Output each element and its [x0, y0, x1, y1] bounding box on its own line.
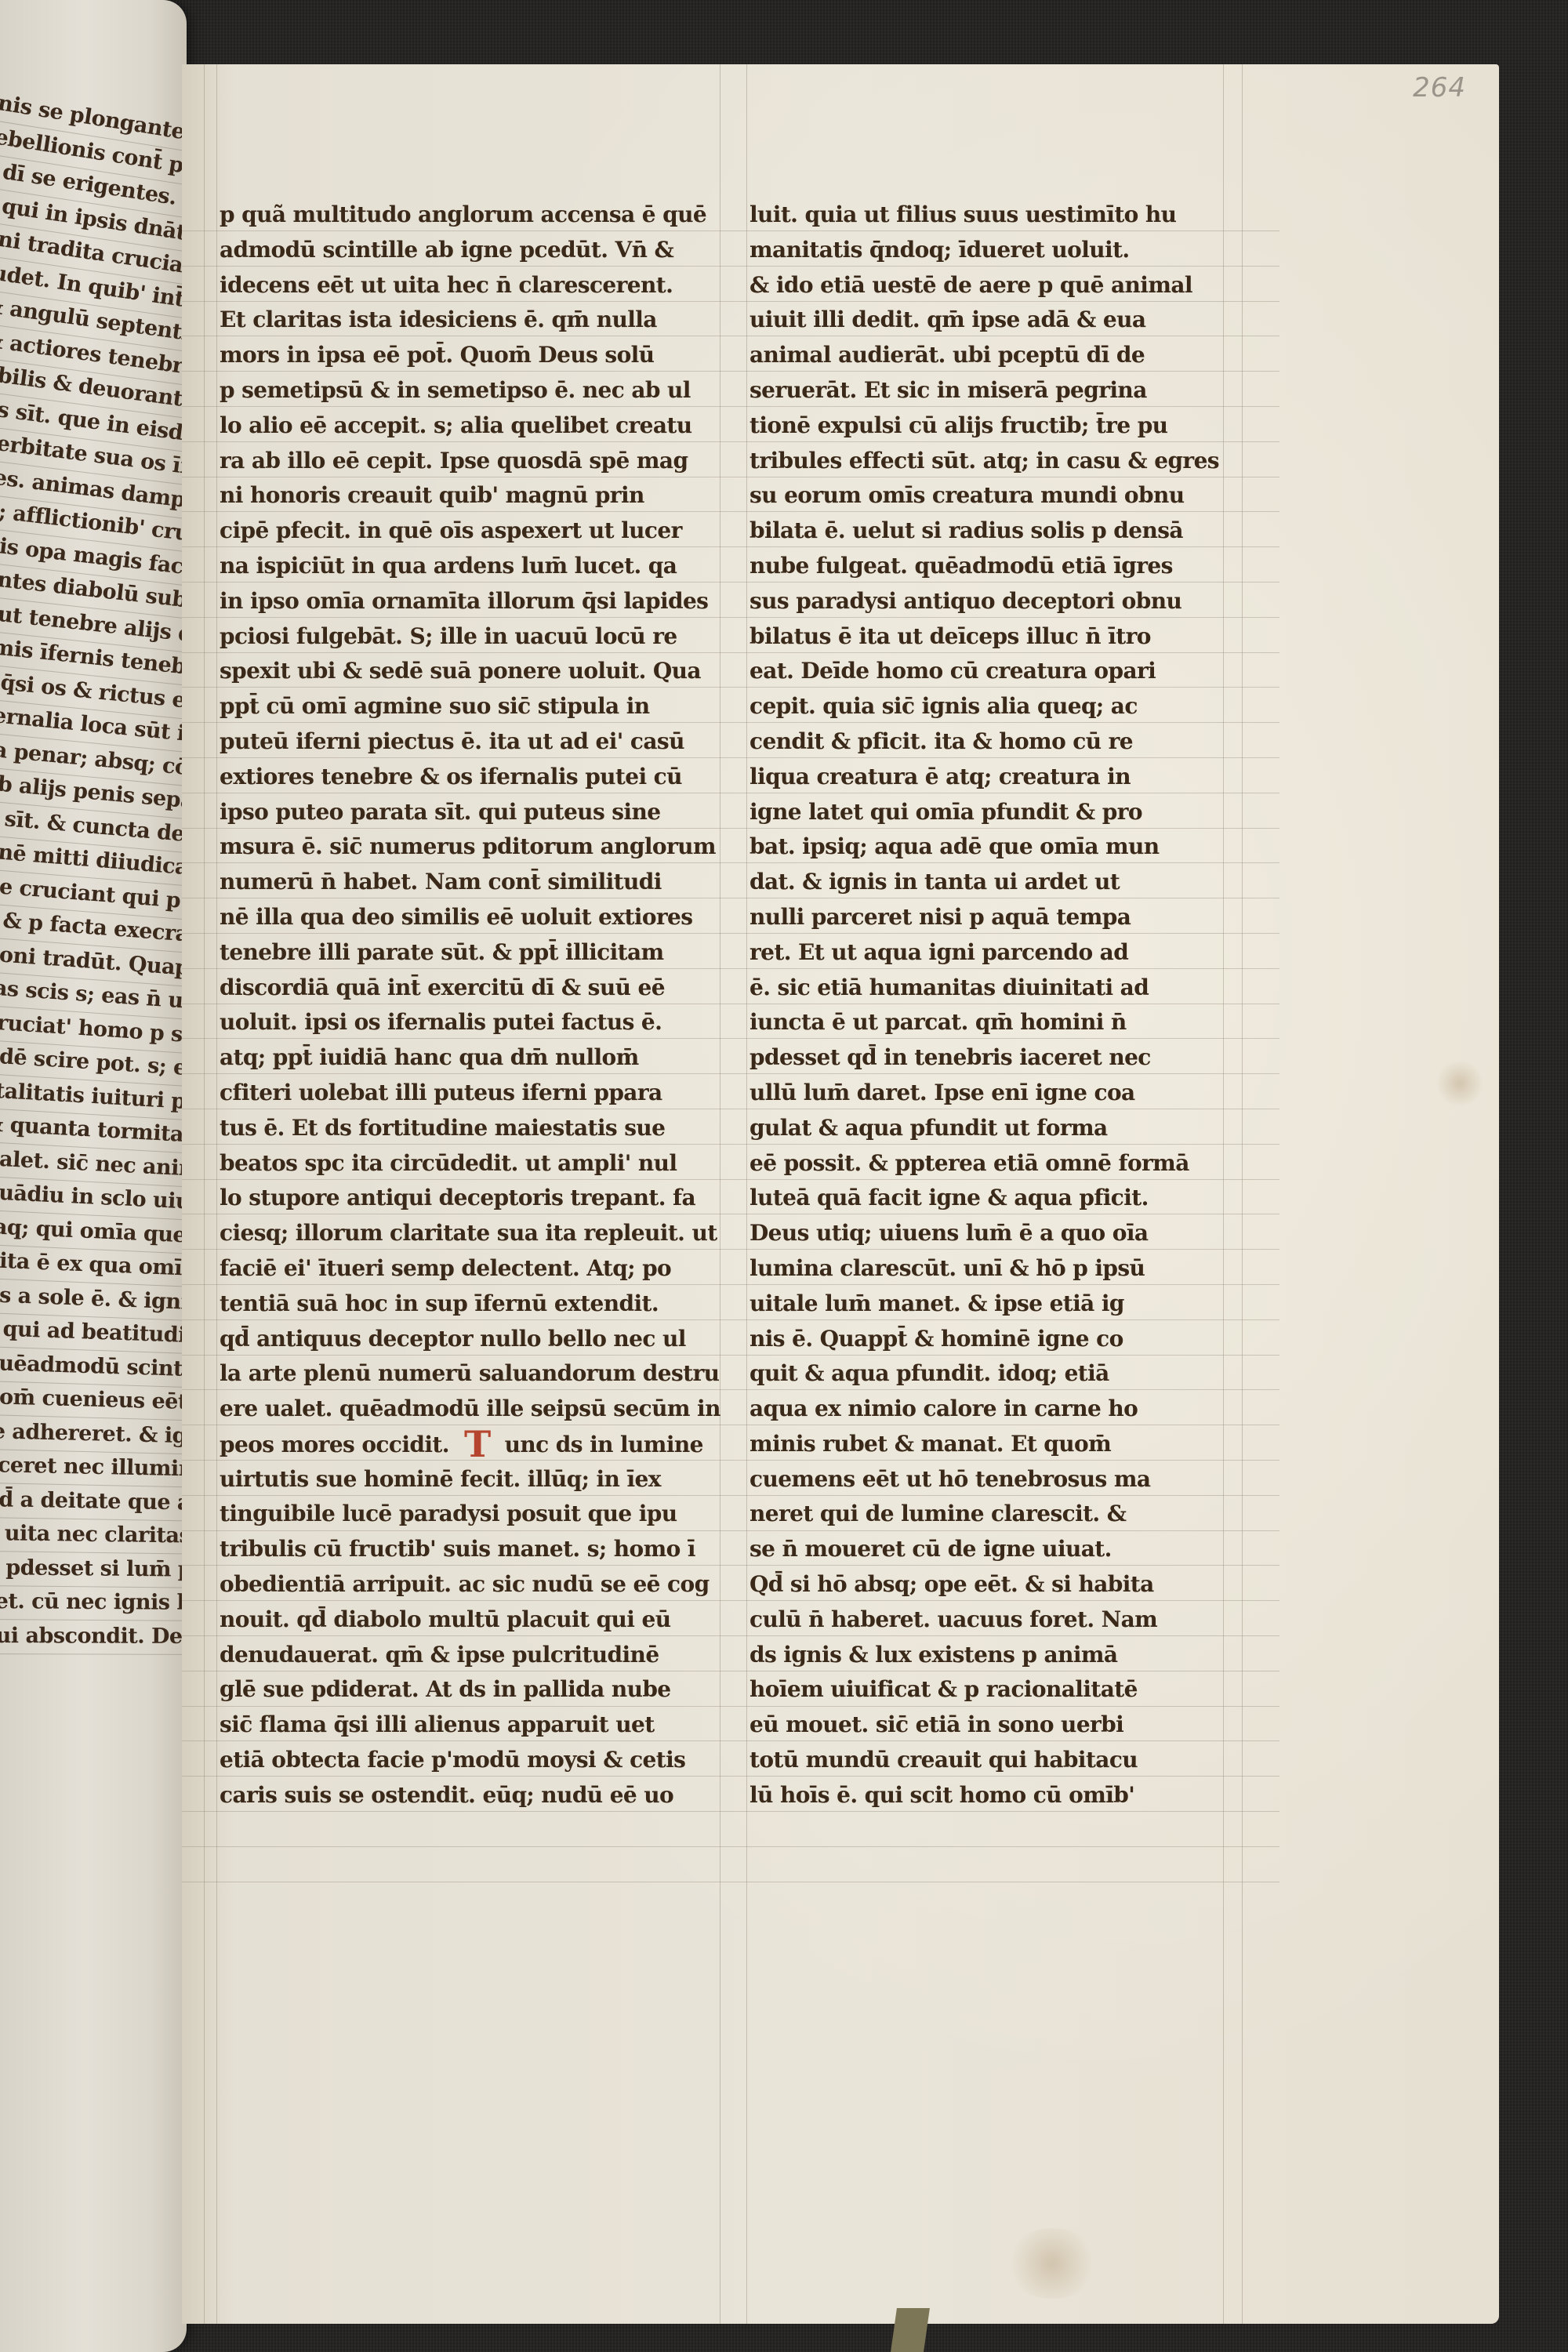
- text-column-a: p quã multitudo anglorum accensa ē quēad…: [220, 198, 721, 1813]
- manuscript-line: puteū iferni piectus ē. ita ut ad ei' ca…: [220, 724, 721, 760]
- manuscript-line: seruerāt. Et sic in miserā pegrina: [750, 373, 1236, 408]
- manuscript-line: cfiteri uolebat illi puteus iferni ppara: [220, 1076, 721, 1111]
- manuscript-line: in ipso omīa ornamīta illorum q̄si lapid…: [220, 584, 721, 619]
- parchment-stain: [1436, 1060, 1483, 1107]
- rubricated-initial: T: [464, 1427, 491, 1461]
- manuscript-line: uitale lum̄ manet. & ipse etiā ig: [750, 1287, 1236, 1322]
- manuscript-line: admodū scintille ab igne pcedūt. Vn̄ &: [220, 233, 721, 268]
- folio-number: 264: [1413, 72, 1466, 103]
- manuscript-line: culū n̄ haberet. uacuus foret. Nam: [750, 1602, 1236, 1638]
- manuscript-line: bat. ipsiq; aqua adē que omīa mun: [750, 829, 1236, 865]
- manuscript-line: atq; ppt̄ iuidiā hanc qua dm̄ nullom̄: [220, 1040, 721, 1076]
- verso-line: sui abscondit. Deus enī: [0, 1620, 187, 1654]
- manuscript-line: cendit & pficit. ita & homo cū re: [750, 724, 1236, 760]
- verso-line: aceret nec illuminaret. Et: [0, 1449, 187, 1487]
- manuscript-line: qd̄ antiquus deceptor nullo bello nec ul: [220, 1322, 721, 1357]
- bookmark-strap: [891, 2308, 930, 2352]
- manuscript-line: sus paradysi antiquo deceptori obnu: [750, 584, 1236, 619]
- manuscript-line: ciesq; illorum claritate sua ita repleui…: [220, 1216, 721, 1251]
- manuscript-line: mors in ipsa eē pot̄. Quom̄ Deus solū: [220, 338, 721, 373]
- ruling-line: [182, 1846, 1279, 1847]
- manuscript-line: iuncta ē ut parcat. qm̄ homini n̄: [750, 1005, 1236, 1040]
- manuscript-line: luit. quia ut filius suus uestimīto hu: [750, 198, 1236, 233]
- manuscript-line: sic̄ flama q̄si illi alienus apparuit ue…: [220, 1708, 721, 1743]
- manuscript-line: obedientiā arripuit. ac sic nudū se eē c…: [220, 1567, 721, 1602]
- manuscript-line: dat. & ignis in tanta ui ardet ut: [750, 865, 1236, 900]
- manuscript-line: totū mundū creauit qui habitacu: [750, 1743, 1236, 1778]
- manuscript-line: nis ē. Quappt̄ & hominē igne co: [750, 1322, 1236, 1357]
- manuscript-line: tionē expulsi cū alijs fructib; t̄re pu: [750, 408, 1236, 444]
- manuscript-line: faciē ei' ītueri semp delectent. Atq; po: [220, 1251, 721, 1287]
- manuscript-line: neret qui de lumine clarescit. &: [750, 1497, 1236, 1532]
- manuscript-line: spexit ubi & sedē suā ponere uoluit. Qua: [220, 654, 721, 689]
- manuscript-line: ē. sic etiā humanitas diuinitati ad: [750, 971, 1236, 1006]
- manuscript-line: minis rubet & manat. Et quom̄: [750, 1427, 1236, 1462]
- manuscript-line: tribules effecti sūt. atq; in casu & egr…: [750, 444, 1236, 479]
- verso-line: ret. cū nec ignis lum̄ suū: [0, 1585, 187, 1621]
- verso-line: s qui ad beatitudinē respic: [0, 1312, 187, 1353]
- manuscript-line: numerū n̄ habet. Nam cont̄ similitudi: [220, 865, 721, 900]
- ruling-line: [216, 64, 217, 2324]
- verso-page-edge: onis se plongantes. abrebellionis cont̄ …: [0, 0, 187, 2352]
- manuscript-line: lū hoīs ē. qui scit homo cū omīb': [750, 1778, 1236, 1813]
- ruling-line: [204, 64, 205, 2324]
- manuscript-line: ppt̄ cū omī agmine suo sic̄ stipula in: [220, 689, 721, 724]
- manuscript-line: eē possit. & ppterea etiā omnē formā: [750, 1146, 1236, 1181]
- verso-line: le adhereret. & ignis ille: [0, 1415, 187, 1454]
- manuscript-line: lo alio eē accepit. s; alia quelibet cre…: [220, 408, 721, 444]
- manuscript-line: ni honoris creauit quib' magnū prin: [220, 478, 721, 514]
- manuscript-line: uiuit illi dedit. qm̄ ipse adā & eua: [750, 303, 1236, 338]
- ruling-line: [746, 64, 747, 2324]
- manuscript-line: extiores tenebre & os ifernalis putei cū: [220, 760, 721, 795]
- manuscript-line: bilatus ē ita ut deīceps illuc n̄ ītro: [750, 619, 1236, 655]
- manuscript-line: tenebre illi parate sūt. & ppt̄ illicita…: [220, 935, 721, 971]
- manuscript-line: uoluit. ipsi os ifernalis putei factus ē…: [220, 1005, 721, 1040]
- manuscript-line: cuemens eēt ut hō tenebrosus ma: [750, 1462, 1236, 1497]
- manuscript-line: ds ignis & lux existens p animā: [750, 1638, 1236, 1673]
- manuscript-line: p semetipsū & in semetipso ē. nec ab ul: [220, 373, 721, 408]
- manuscript-line: msura ē. sic̄ numerus pditorum anglorum: [220, 829, 721, 865]
- manuscript-line: glē sue pdiderat. At ds in pallida nube: [220, 1672, 721, 1708]
- ruling-line: [1242, 64, 1243, 2324]
- manuscript-line: p quã multitudo anglorum accensa ē quē: [220, 198, 721, 233]
- manuscript-line: pdesset qd̄ in tenebris iaceret nec: [750, 1040, 1236, 1076]
- manuscript-line: ra ab illo eē cepit. Ipse quosdā spē mag: [220, 444, 721, 479]
- manuscript-line: na ispiciūt in qua ardens lum̄ lucet. qa: [220, 549, 721, 584]
- manuscript-line: cepit. quia sic̄ ignis alia queq; ac: [750, 689, 1236, 724]
- manuscript-line: caris suis se ostendit. eūq; nudū eē uo: [220, 1778, 721, 1813]
- manuscript-line: gulat & aqua pfundit ut forma: [750, 1111, 1236, 1146]
- manuscript-line: se n̄ moueret cū de igne uiuat.: [750, 1532, 1236, 1567]
- manuscript-line: uirtutis sue hominē fecit. illūq; in īex: [220, 1462, 721, 1497]
- manuscript-line: Qd̄ si hō absq; ope eēt. & si habita: [750, 1567, 1236, 1602]
- verso-line: uom̄ cuenieus eēt ut hunc: [0, 1381, 187, 1421]
- manuscript-line: lumina clarescūt. unī & hō p ipsū: [750, 1251, 1236, 1287]
- manuscript-line: idecens eēt ut uita hec n̄ clarescerent.: [220, 268, 721, 303]
- manuscript-line: animal audierāt. ubi pceptū dī de: [750, 338, 1236, 373]
- manuscript-line: nouit. qd̄ diabolo multū placuit qui eū: [220, 1602, 721, 1638]
- manuscript-line: nube fulgeat. quēadmodū etiā īgres: [750, 549, 1236, 584]
- manuscript-line: denudauerat. qm̄ & ipse pulcritudinē: [220, 1638, 721, 1673]
- parchment-stain: [1005, 2228, 1099, 2299]
- manuscript-line: lo stupore antiqui deceptoris trepant. f…: [220, 1181, 721, 1216]
- manuscript-line: & ido etiā uestē de aere p quē animal: [750, 268, 1236, 303]
- manuscript-line: tus ē. Et ds fortitudine maiestatis sue: [220, 1111, 721, 1146]
- manuscript-line: pciosi fulgebāt. S; ille in uacuū locū r…: [220, 619, 721, 655]
- manuscript-line: discordiā quā int̄ exercitū dī & suū eē: [220, 971, 721, 1006]
- manuscript-line: su eorum omīs creatura mundi obnu: [750, 478, 1236, 514]
- verso-line: qd̄ a deitate que ante enī: [0, 1483, 187, 1521]
- manuscript-line: bilata ē. uelut si radius solis p densā: [750, 514, 1236, 549]
- manuscript-line: la arte plenū numerū saluandorum destru: [220, 1356, 721, 1392]
- manuscript-line: peos mores occidit. Tunc ds in lumine: [220, 1427, 721, 1462]
- manuscript-line: ret. Et ut aqua igni parcendo ad: [750, 935, 1236, 971]
- manuscript-line: manitatis q̄ndoq; īdueret uoluit.: [750, 233, 1236, 268]
- manuscript-line: etiā obtecta facie p'modū moysi & cetis: [220, 1743, 721, 1778]
- manuscript-line: Deus utiq; uiuens lum̄ ē a quo oīa: [750, 1216, 1236, 1251]
- text-column-b: luit. quia ut filius suus uestimīto huma…: [750, 198, 1236, 1813]
- manuscript-line: ere ualet. quēadmodū ille seipsū secūm i…: [220, 1392, 721, 1427]
- manuscript-line: tribulis cū fructib' suis manet. s; homo…: [220, 1532, 721, 1567]
- manuscript-line: aqua ex nimio calore in carne ho: [750, 1392, 1236, 1427]
- verso-line: d pdesset si lum̄ p igne: [0, 1552, 187, 1588]
- manuscript-line: eū mouet. sic̄ etiā in sono uerbi: [750, 1708, 1236, 1743]
- manuscript-line: cipē pfecit. in quē oīs aspexert ut luce…: [220, 514, 721, 549]
- manuscript-line: ipso puteo parata sīt. qui puteus sine: [220, 795, 721, 830]
- manuscript-line: luteā quā facit igne & aqua pficit.: [750, 1181, 1236, 1216]
- manuscript-line: nē illa qua deo similis eē uoluit extior…: [220, 900, 721, 935]
- manuscript-line: eat. Deīde homo cū creatura opari: [750, 654, 1236, 689]
- verso-line: quēadmodū scintille ab ign: [0, 1347, 187, 1388]
- manuscript-line: tentiā suā hoc in sup īfernū extendit.: [220, 1287, 721, 1322]
- ruling-line: [182, 1882, 1279, 1882]
- manuscript-line: quit & aqua pfundit. idoq; etiā: [750, 1356, 1236, 1392]
- manuscript-line: Et claritas ista idesiciens ē. qm̄ nulla: [220, 303, 721, 338]
- verso-text-fragment: onis se plongantes. abrebellionis cont̄ …: [0, 85, 187, 1653]
- manuscript-line: ullū lum̄ daret. Ipse enī igne coa: [750, 1076, 1236, 1111]
- manuscript-line: hoīem uiuificat & p racionalitatē: [750, 1672, 1236, 1708]
- verso-line: a uita nec claritas ulla pro: [0, 1517, 187, 1554]
- manuscript-line: liqua creatura ē atq; creatura in: [750, 760, 1236, 795]
- manuscript-line: beatos spc ita circūdedit. ut ampli' nul: [220, 1146, 721, 1181]
- manuscript-line: igne latet qui omīa pfundit & pro: [750, 795, 1236, 830]
- manuscript-line: nulli parceret nisi p aquā tempa: [750, 900, 1236, 935]
- manuscript-line: tinguibile lucē paradysi posuit que ipu: [220, 1497, 721, 1532]
- recto-page: 264 p quã multitudo anglorum accensa ē q…: [182, 64, 1499, 2324]
